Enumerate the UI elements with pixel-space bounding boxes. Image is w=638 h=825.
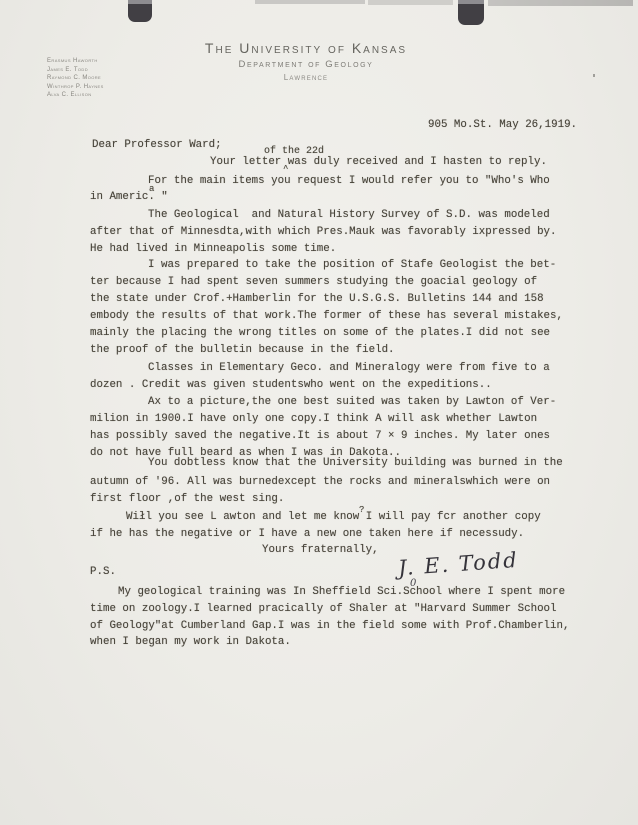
dateline: 905 Mo.St. May 26,1919. (428, 119, 577, 132)
ps-line: My geological training was In Sheffield … (118, 586, 565, 599)
letter-line: Wiłl you see L awton and let me know I w… (126, 511, 541, 524)
letterhead-department: Department of Geology (0, 59, 625, 70)
scan-streak (255, 0, 365, 4)
ps-line: time on zoology.I learned pracically of … (90, 603, 557, 616)
letter-line: mainly the placing the wrong titles on s… (90, 327, 550, 340)
closing-line: Yours fraternally, (262, 544, 379, 557)
letter-line: You dobtless know that the University bu… (148, 457, 563, 470)
binder-clip-artifact (458, 0, 484, 25)
letter-line: after that of Minnesdta,with which Pres.… (90, 226, 557, 239)
letter-line: Your letter was duly received and I hast… (210, 156, 547, 169)
letter-line: the state under Crof.+Hamberlin for the … (90, 293, 544, 306)
letter-line: He had lived in Minneapolis some time. (90, 243, 336, 256)
ps-line: when I began my work in Dakota. (90, 636, 291, 649)
letter-line: I was prepared to take the position of S… (148, 259, 556, 272)
letter-line: Classes in Elementary Geco. and Mineralo… (148, 362, 550, 375)
ps-label: P.S. (90, 566, 116, 579)
ps-line: of Geology"at Cumberland Gap.I was in th… (90, 620, 569, 633)
letter-line: the proof of the bulletin because in the… (90, 344, 395, 357)
caret-mark: ^ (283, 164, 288, 174)
superscript-a: a (149, 184, 154, 194)
binder-clip-artifact (128, 0, 152, 22)
scan-streak (488, 0, 633, 6)
letterhead-city: Lawrence (0, 73, 625, 82)
letter-line: ter because I had spent seven summers st… (90, 276, 537, 289)
letter-line: milion in 1900.I have only one copy.I th… (90, 413, 537, 426)
letter-line: dozen . Credit was given studentswho wen… (90, 379, 492, 392)
salutation: Dear Professor Ward; (92, 139, 222, 152)
superscript-question-mark: ? (359, 505, 364, 515)
faculty-name: Winthrop P. Haynes (47, 83, 104, 92)
letter-line: autumn of '96. All was burnedexcept the … (90, 476, 550, 489)
letter-line: The Geological and Natural History Surve… (148, 209, 550, 222)
letter-line: first floor ,of the west sing. (90, 493, 284, 506)
letter-line: Ax to a picture,the one best suited was … (148, 396, 556, 409)
scan-streak (368, 0, 453, 5)
letterhead-institution: The University of Kansas (0, 40, 625, 56)
letter-line: in Americ. " (90, 191, 168, 204)
letter-line: has possibly saved the negative.It is ab… (90, 430, 550, 443)
faculty-name: Alva C. Ellison (47, 91, 104, 100)
scanned-letter-page: Erasmus Haworth James E. Todd Raymond C.… (0, 0, 638, 825)
handwritten-signature: J. E. Todd (397, 548, 519, 580)
letter-line: For the main items you request I would r… (148, 175, 550, 188)
letter-line: if he has the negative or I have a new o… (90, 528, 524, 541)
letter-line: embody the results of that work.The form… (90, 310, 563, 323)
